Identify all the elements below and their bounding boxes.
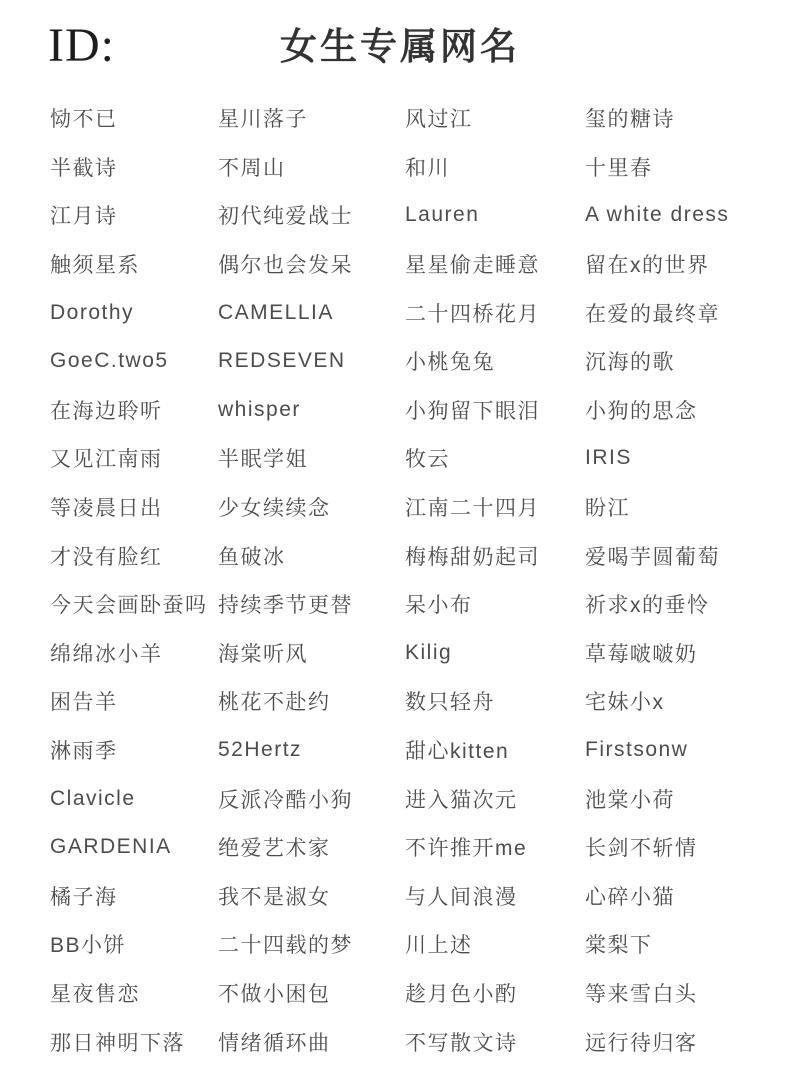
page-title: 女生专属网名 <box>0 16 800 70</box>
name-item: 棠梨下 <box>585 929 770 959</box>
name-item: 星川落子 <box>218 103 405 133</box>
name-item: 与人间浪漫 <box>405 881 585 911</box>
name-item: 心碎小猫 <box>585 881 770 911</box>
name-item: 等来雪白头 <box>585 978 770 1008</box>
name-item: 进入猫次元 <box>405 784 585 814</box>
name-item: REDSEVEN <box>218 349 405 373</box>
name-item: 小桃兔兔 <box>405 346 585 376</box>
name-item: 在海边聆听 <box>50 395 218 425</box>
name-item: 小狗留下眼泪 <box>405 395 585 425</box>
name-item: 池棠小荷 <box>585 784 770 814</box>
name-item: 江月诗 <box>50 200 218 230</box>
name-item: 祈求x的垂怜 <box>585 589 770 619</box>
name-item: 不写散文诗 <box>405 1027 585 1057</box>
name-item: 又见江南雨 <box>50 443 218 473</box>
name-item: 橘子海 <box>50 881 218 911</box>
name-item: 鱼破冰 <box>218 541 405 571</box>
name-item: 风过江 <box>405 103 585 133</box>
name-item: 呆小布 <box>405 589 585 619</box>
name-item: whisper <box>218 398 405 422</box>
name-item: Lauren <box>405 203 585 227</box>
name-item: 情绪循环曲 <box>218 1027 405 1057</box>
name-item: 少女续续念 <box>218 492 405 522</box>
name-item: 不做小困包 <box>218 978 405 1008</box>
name-item: A white dress <box>585 203 770 227</box>
name-item: GARDENIA <box>50 835 218 859</box>
name-item: 恸不已 <box>50 103 218 133</box>
name-item: 绝爱艺术家 <box>218 832 405 862</box>
name-item: 持续季节更替 <box>218 589 405 619</box>
name-item: 数只轻舟 <box>405 686 585 716</box>
name-item: 等凌晨日出 <box>50 492 218 522</box>
name-item: 留在x的世界 <box>585 249 770 279</box>
name-item: 在爱的最终章 <box>585 298 770 328</box>
name-item: CAMELLIA <box>218 301 405 325</box>
name-item: 甜心kitten <box>405 735 585 765</box>
name-item: 不周山 <box>218 152 405 182</box>
name-item: 二十四桥花月 <box>405 298 585 328</box>
name-item: 星星偷走睡意 <box>405 249 585 279</box>
name-item: 爱喝芋圆葡萄 <box>585 541 770 571</box>
name-item: 绵绵冰小羊 <box>50 638 218 668</box>
name-item: 今天会画卧蚕吗 <box>50 589 218 619</box>
name-item: GoeC.two5 <box>50 349 218 373</box>
name-item: Dorothy <box>50 301 218 325</box>
name-item: 梅梅甜奶起司 <box>405 541 585 571</box>
name-item: 长剑不斩情 <box>585 832 770 862</box>
name-item: 半眠学姐 <box>218 443 405 473</box>
name-item: 宅妹小x <box>585 686 770 716</box>
name-item: 草莓啵啵奶 <box>585 638 770 668</box>
name-item: Firstsonw <box>585 738 770 762</box>
name-item: BB小饼 <box>50 929 218 959</box>
name-item: 困告羊 <box>50 686 218 716</box>
name-item: 盼江 <box>585 492 770 522</box>
name-item: 海棠听风 <box>218 638 405 668</box>
name-item: 半截诗 <box>50 152 218 182</box>
name-item: Clavicle <box>50 787 218 811</box>
name-item: 川上述 <box>405 929 585 959</box>
name-item: 星夜售恋 <box>50 978 218 1008</box>
name-item: 我不是淑女 <box>218 881 405 911</box>
name-grid: 恸不已星川落子风过江玺的糖诗半截诗不周山和川十里春江月诗初代纯爱战士Lauren… <box>50 94 770 1066</box>
name-item: 反派冷酷小狗 <box>218 784 405 814</box>
name-item: 小狗的思念 <box>585 395 770 425</box>
page: ID: 女生专属网名 恸不已星川落子风过江玺的糖诗半截诗不周山和川十里春江月诗初… <box>0 0 800 1067</box>
name-item: 玺的糖诗 <box>585 103 770 133</box>
name-item: 初代纯爱战士 <box>218 200 405 230</box>
name-item: 和川 <box>405 152 585 182</box>
name-item: 牧云 <box>405 443 585 473</box>
name-item: 才没有脸红 <box>50 541 218 571</box>
name-item: 十里春 <box>585 152 770 182</box>
name-item: 桃花不赴约 <box>218 686 405 716</box>
name-item: 沉海的歌 <box>585 346 770 376</box>
name-item: 偶尔也会发呆 <box>218 249 405 279</box>
name-item: 趁月色小酌 <box>405 978 585 1008</box>
name-item: Kilig <box>405 641 585 665</box>
name-item: 不许推开me <box>405 832 585 862</box>
name-item: 那日神明下落 <box>50 1027 218 1057</box>
name-item: 触须星系 <box>50 249 218 279</box>
name-item: 江南二十四月 <box>405 492 585 522</box>
name-item: 52Hertz <box>218 738 405 762</box>
name-item: 远行待归客 <box>585 1027 770 1057</box>
name-item: 淋雨季 <box>50 735 218 765</box>
name-item: IRIS <box>585 446 770 470</box>
name-item: 二十四载的梦 <box>218 929 405 959</box>
